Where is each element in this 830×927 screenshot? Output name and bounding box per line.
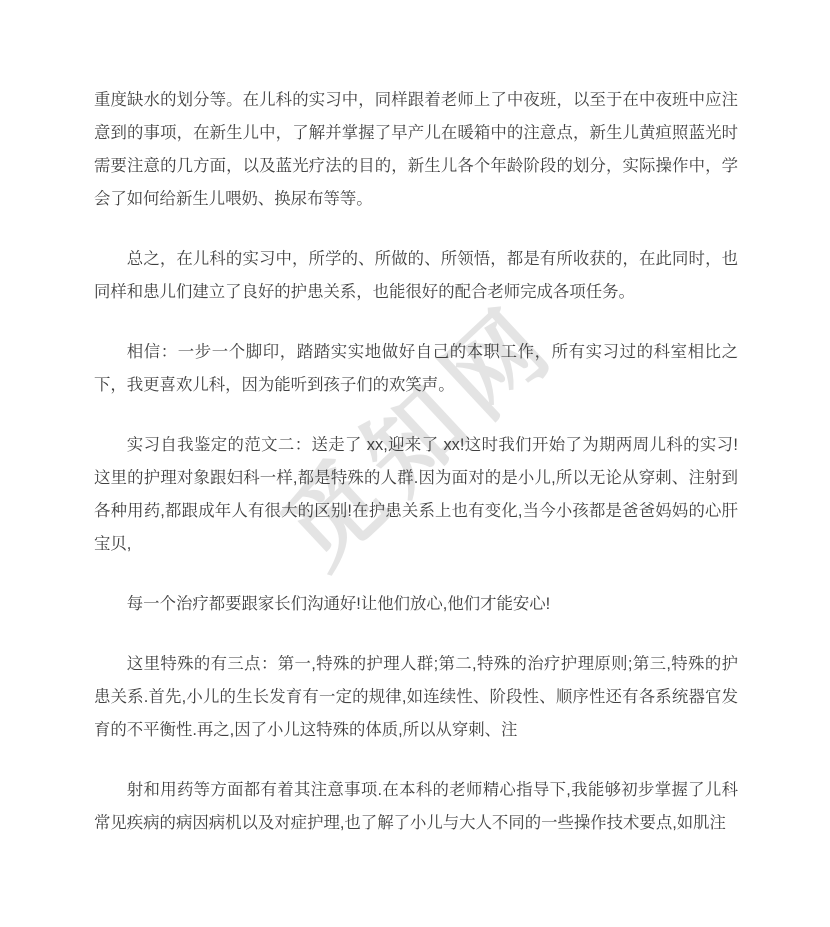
paragraph: 总之，在儿科的实习中，所学的、所做的、所领悟，都是有所收获的，在此同时，也同样和…	[94, 243, 738, 309]
document-page: 觅知网 重度缺水的划分等。在儿科的实习中，同样跟着老师上了中夜班，以至于在中夜班…	[0, 0, 830, 927]
paragraph: 这里特殊的有三点：第一,特殊的护理人群;第二,特殊的治疗护理原则;第三,特殊的护…	[94, 648, 738, 747]
document-content: 重度缺水的划分等。在儿科的实习中，同样跟着老师上了中夜班，以至于在中夜班中应注意…	[94, 84, 738, 867]
paragraph: 实习自我鉴定的范文二：送走了 xx,迎来了 xx!这时我们开始了为期两周儿科的实…	[94, 429, 738, 561]
paragraph: 重度缺水的划分等。在儿科的实习中，同样跟着老师上了中夜班，以至于在中夜班中应注意…	[94, 84, 738, 216]
paragraph: 相信：一步一个脚印，踏踏实实地做好自己的本职工作，所有实习过的科室相比之下，我更…	[94, 336, 738, 402]
paragraph: 每一个治疗都要跟家长们沟通好!让他们放心,他们才能安心!	[94, 588, 738, 621]
paragraph: 射和用药等方面都有着其注意事项.在本科的老师精心指导下,我能够初步掌握了儿科常见…	[94, 774, 738, 840]
